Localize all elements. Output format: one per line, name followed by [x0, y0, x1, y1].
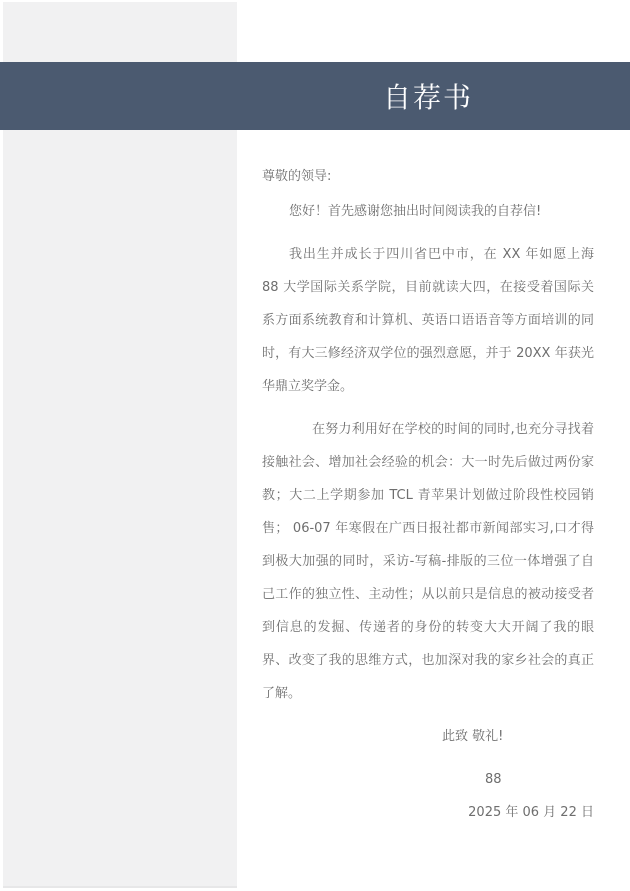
letter-page: 自荐书 尊敬的领导: 您好！首先感谢您抽出时间阅读我的自荐信! 我出生并成长于四…: [0, 0, 630, 891]
signature-name: 88: [262, 763, 594, 796]
closing-line: 此致 敬礼!: [262, 720, 594, 753]
document-title: 自荐书: [262, 62, 594, 130]
body-paragraph-2: 在努力利用好在学校的时间的同时,也充分寻找着接触社会、增加社会经验的机会：大一时…: [262, 413, 594, 710]
title-band: 自荐书: [0, 62, 630, 130]
greeting-line: 您好！首先感谢您抽出时间阅读我的自荐信!: [262, 195, 594, 228]
salutation: 尊敬的领导:: [262, 160, 594, 193]
signature-date: 2025 年 06 月 22 日: [262, 796, 594, 829]
letter-body: 尊敬的领导: 您好！首先感谢您抽出时间阅读我的自荐信! 我出生并成长于四川省巴中…: [262, 160, 594, 839]
body-paragraph-1: 我出生并成长于四川省巴中市，在 XX 年如愿上海 88 大学国际关系学院，目前就…: [262, 238, 594, 403]
side-panel-decoration: [3, 2, 237, 888]
